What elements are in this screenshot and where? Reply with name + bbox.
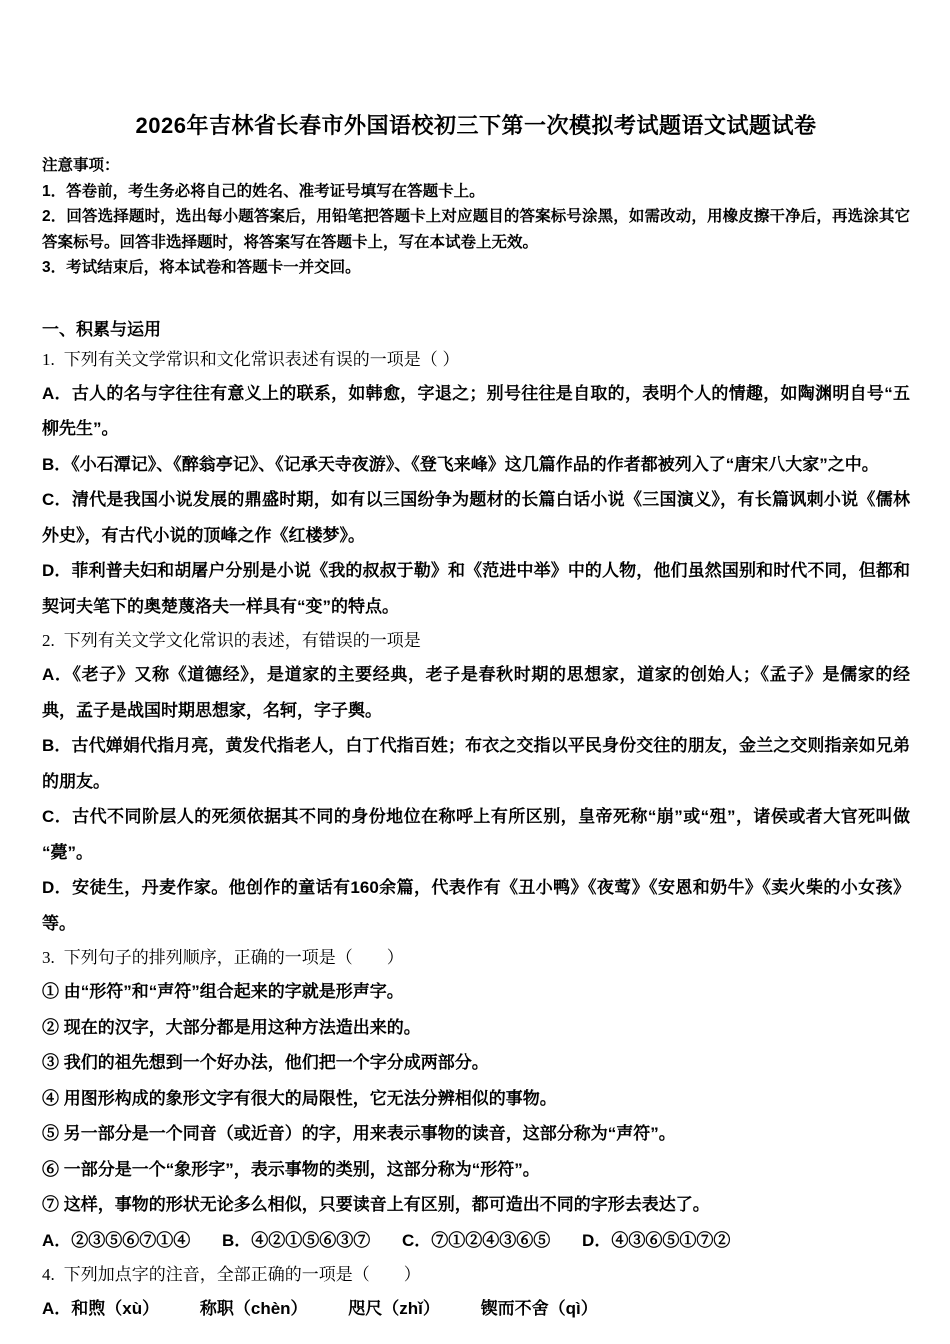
- question-1-option-d: D．菲利普夫妇和胡屠户分别是小说《我的叔叔于勒》和《范进中举》中的人物，他们虽然…: [42, 553, 910, 624]
- question-3: 3.下列句子的排列顺序，正确的一项是（ ） ① 由“形符”和“声符”组合起来的字…: [42, 941, 910, 1258]
- question-4-stem-text: 下列加点字的注音，全部正确的一项是（ ）: [64, 1265, 421, 1284]
- question-2-stem: 2.下列有关文学文化常识的表述，有错误的一项是: [42, 624, 910, 657]
- question-3-choice-c: C．⑦①②④③⑥⑤: [402, 1231, 550, 1250]
- notice-item-1: 1．答卷前，考生务必将自己的姓名、准考证号填写在答题卡上。: [42, 179, 910, 205]
- question-1-option-c: C．清代是我国小说发展的鼎盛时期，如有以三国纷争为题材的长篇白话小说《三国演义》…: [42, 482, 910, 553]
- question-1-option-b: B．《小石潭记》、《醉翁亭记》、《记承天寺夜游》、《登飞来峰》这几篇作品的作者都…: [42, 447, 910, 483]
- question-2-option-d: D．安徒生，丹麦作家。他创作的童话有160余篇，代表作有《丑小鸭》《夜莺》《安恩…: [42, 870, 910, 941]
- question-3-sentence-2: ② 现在的汉字，大部分都是用这种方法造出来的。: [42, 1010, 910, 1046]
- question-2: 2.下列有关文学文化常识的表述，有错误的一项是 A．《老子》又称《道德经》，是道…: [42, 624, 910, 941]
- question-4-number: 4.: [42, 1265, 55, 1284]
- question-4-option-a-word-3: 咫尺（zhǐ）: [348, 1299, 440, 1318]
- question-2-stem-text: 下列有关文学文化常识的表述，有错误的一项是: [64, 631, 421, 650]
- notice-heading: 注意事项：: [42, 153, 910, 179]
- question-4-option-a-row: A．和煦（xù） 称职（chèn） 咫尺（zhǐ） 锲而不舍（qì）: [42, 1291, 910, 1327]
- question-4-option-a-word-1: A．和煦（xù）: [42, 1299, 159, 1318]
- question-1-stem: 1.下列有关文学常识和文化常识表述有误的一项是（ ）: [42, 343, 910, 376]
- question-2-number: 2.: [42, 631, 55, 650]
- notice-item-2: 2．回答选择题时，选出每小题答案后，用铅笔把答题卡上对应题目的答案标号涂黑，如需…: [42, 204, 910, 255]
- page-title: 2026年吉林省长春市外国语校初三下第一次模拟考试题语文试题试卷: [42, 112, 910, 140]
- question-4-stem: 4.下列加点字的注音，全部正确的一项是（ ）: [42, 1258, 910, 1291]
- question-2-option-c: C．古代不同阶层人的死须依据其不同的身份地位在称呼上有所区别，皇帝死称“崩”或“…: [42, 799, 910, 870]
- question-4-option-a-word-4: 锲而不舍（qì）: [481, 1299, 598, 1318]
- question-1-number: 1.: [42, 350, 55, 369]
- question-3-number: 3.: [42, 948, 55, 967]
- question-3-sentence-3: ③ 我们的祖先想到一个好办法，他们把一个字分成两部分。: [42, 1045, 910, 1081]
- question-3-choice-d: D．④③⑥⑤①⑦②: [582, 1231, 730, 1250]
- exam-paper-page: 2026年吉林省长春市外国语校初三下第一次模拟考试题语文试题试卷 注意事项： 1…: [0, 0, 950, 1344]
- question-3-stem: 3.下列句子的排列顺序，正确的一项是（ ）: [42, 941, 910, 974]
- question-3-sentence-6: ⑥ 一部分是一个“象形字”，表示事物的类别，这部分称为“形符”。: [42, 1152, 910, 1188]
- notice-section: 注意事项： 1．答卷前，考生务必将自己的姓名、准考证号填写在答题卡上。 2．回答…: [42, 153, 910, 281]
- question-1: 1.下列有关文学常识和文化常识表述有误的一项是（ ） A．古人的名与字往往有意义…: [42, 343, 910, 625]
- section-accumulation-and-use: 一、积累与运用 1.下列有关文学常识和文化常识表述有误的一项是（ ） A．古人的…: [42, 317, 910, 1327]
- question-3-sentence-7: ⑦ 这样，事物的形状无论多么相似，只要读音上有区别，都可造出不同的字形去表达了。: [42, 1187, 910, 1223]
- question-4: 4.下列加点字的注音，全部正确的一项是（ ） A．和煦（xù） 称职（chèn）…: [42, 1258, 910, 1327]
- question-1-option-a: A．古人的名与字往往有意义上的联系，如韩愈，字退之；别号往往是自取的，表明个人的…: [42, 376, 910, 447]
- question-3-sentence-5: ⑤ 另一部分是一个同音（或近音）的字，用来表示事物的读音，这部分称为“声符”。: [42, 1116, 910, 1152]
- question-4-option-a-word-2: 称职（chèn）: [200, 1299, 308, 1318]
- question-3-stem-text: 下列句子的排列顺序，正确的一项是（ ）: [64, 948, 404, 967]
- question-3-choice-b: B．④②①⑤⑥③⑦: [222, 1231, 370, 1250]
- question-3-sentence-4: ④ 用图形构成的象形文字有很大的局限性，它无法分辨相似的事物。: [42, 1081, 910, 1117]
- notice-item-3: 3．考试结束后，将本试卷和答题卡一并交回。: [42, 255, 910, 281]
- question-2-option-b: B．古代婵娟代指月亮，黄发代指老人，白丁代指百姓；布衣之交指以平民身份交往的朋友…: [42, 728, 910, 799]
- question-1-stem-text: 下列有关文学常识和文化常识表述有误的一项是（ ）: [64, 350, 460, 369]
- section-heading: 一、积累与运用: [42, 317, 910, 343]
- question-3-choices-row: A．②③⑤⑥⑦①④ B．④②①⑤⑥③⑦ C．⑦①②④③⑥⑤ D．④③⑥⑤①⑦②: [42, 1223, 910, 1259]
- question-3-choice-a: A．②③⑤⑥⑦①④: [42, 1231, 190, 1250]
- question-3-sentence-1: ① 由“形符”和“声符”组合起来的字就是形声字。: [42, 974, 910, 1010]
- question-2-option-a: A．《老子》又称《道德经》，是道家的主要经典，老子是春秋时期的思想家，道家的创始…: [42, 657, 910, 728]
